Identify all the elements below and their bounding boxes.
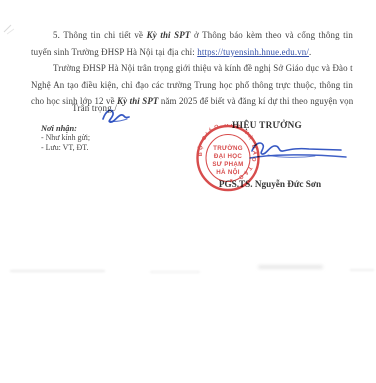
recipients-block: Nơi nhận: - Như kính gửi; - Lưu: VT, ĐT. bbox=[41, 124, 90, 153]
scan-smudge bbox=[350, 269, 374, 271]
letter-body: 5. Thông tin chi tiết về Kỳ thi SPT ở Th… bbox=[31, 27, 353, 110]
scan-smudge bbox=[10, 270, 105, 272]
scan-smudge bbox=[150, 271, 200, 273]
scan-smudge bbox=[258, 265, 323, 269]
url-link: https://tuyensinh.hnue.edu.vn/ bbox=[197, 47, 309, 57]
recipients-label: Nơi nhận: bbox=[41, 124, 90, 133]
handwritten-signature bbox=[238, 135, 350, 167]
text-run: tuyển sinh Trường ĐHSP Hà Nội tại địa ch… bbox=[31, 47, 197, 57]
recipient-item: - Như kính gửi; bbox=[41, 133, 90, 143]
handwritten-paraph-icon bbox=[100, 105, 134, 125]
text-run: năm 2025 để biết và đăng kí dự thi theo … bbox=[159, 96, 354, 106]
recipient-item: - Lưu: VT, ĐT. bbox=[41, 143, 90, 153]
text-run: Nghệ An tạo điều kiện, chỉ đạo các trườn… bbox=[31, 80, 353, 90]
para5-line2: tuyển sinh Trường ĐHSP Hà Nội tại địa ch… bbox=[31, 44, 353, 61]
para6-line1: Trường ĐHSP Hà Nội trân trọng giới thiệu… bbox=[31, 60, 353, 77]
scan-corner-smudge bbox=[3, 22, 17, 36]
text-run: Trường ĐHSP Hà Nội trân trọng giới thiệu… bbox=[53, 63, 353, 73]
stamp-center-line: HÀ NỘI bbox=[216, 168, 239, 176]
text-run: ở Thông báo kèm theo và cổng thông tin bbox=[190, 30, 353, 40]
emphasis-ky-thi-spt: Kỳ thi SPT bbox=[147, 30, 191, 40]
scanned-letter-page: 5. Thông tin chi tiết về Kỳ thi SPT ở Th… bbox=[0, 0, 376, 383]
text-run: 5. Thông tin chi tiết về bbox=[53, 30, 147, 40]
para6-line2: Nghệ An tạo điều kiện, chỉ đạo các trườn… bbox=[31, 77, 353, 94]
text-run: . bbox=[309, 47, 311, 57]
para5-line1: 5. Thông tin chi tiết về Kỳ thi SPT ở Th… bbox=[31, 27, 353, 44]
